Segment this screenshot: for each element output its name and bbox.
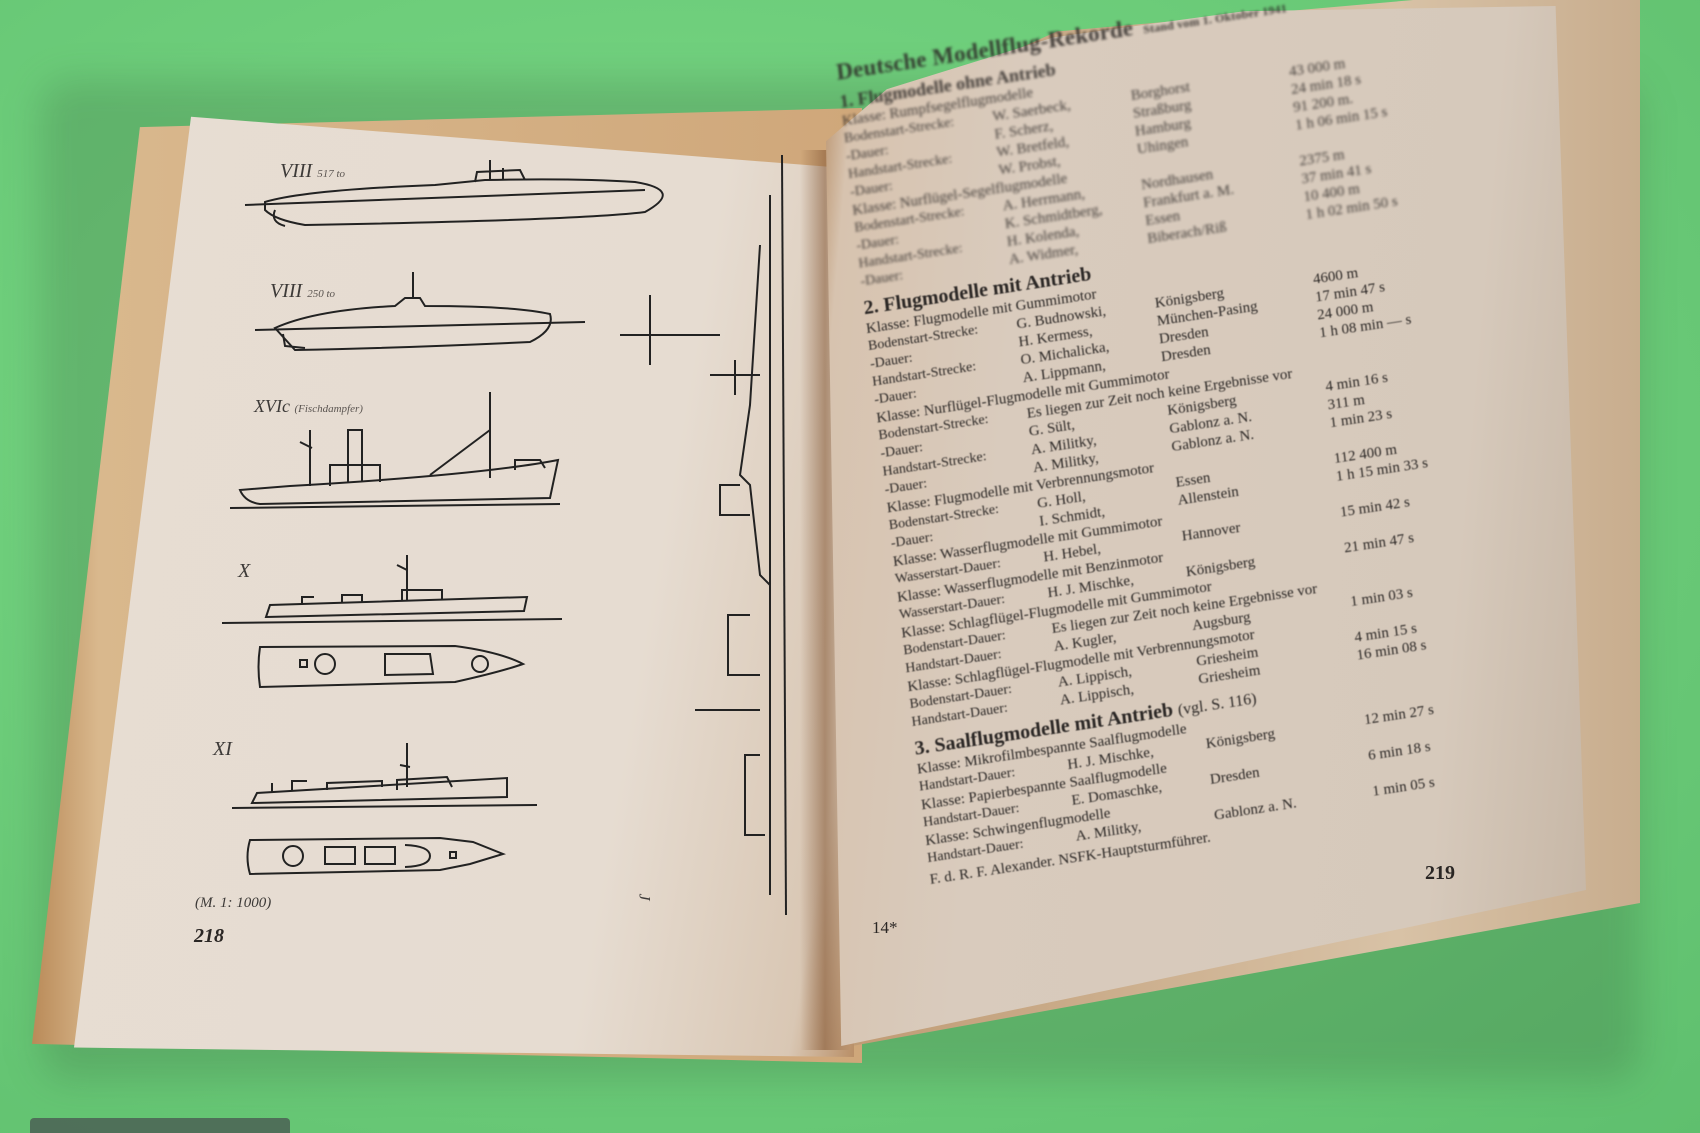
margin-mark: J [635, 893, 653, 900]
submarine-drawing-2 [255, 270, 585, 360]
section-2-block: 2. Flugmodelle mit Antrieb Klasse: Flugm… [862, 205, 1525, 732]
records-text-block: Deutsche Modellflug-RekordeStand vom 1. … [835, 0, 1544, 889]
ship-label-5: XI [213, 738, 232, 761]
signature-mark: 14* [872, 918, 898, 938]
torpedo-boat-x-top [255, 642, 530, 692]
page-number-218: 218 [194, 925, 224, 948]
warship-vertical-drawing [610, 155, 800, 915]
scale-note: (M. 1: 1000) [195, 895, 271, 912]
page-number-219: 219 [1425, 862, 1455, 885]
torpedo-boat-x-side [222, 545, 567, 725]
trawler-drawing [230, 390, 570, 515]
torpedo-boat-xi-top [245, 832, 510, 877]
object-on-floor [30, 1118, 290, 1133]
